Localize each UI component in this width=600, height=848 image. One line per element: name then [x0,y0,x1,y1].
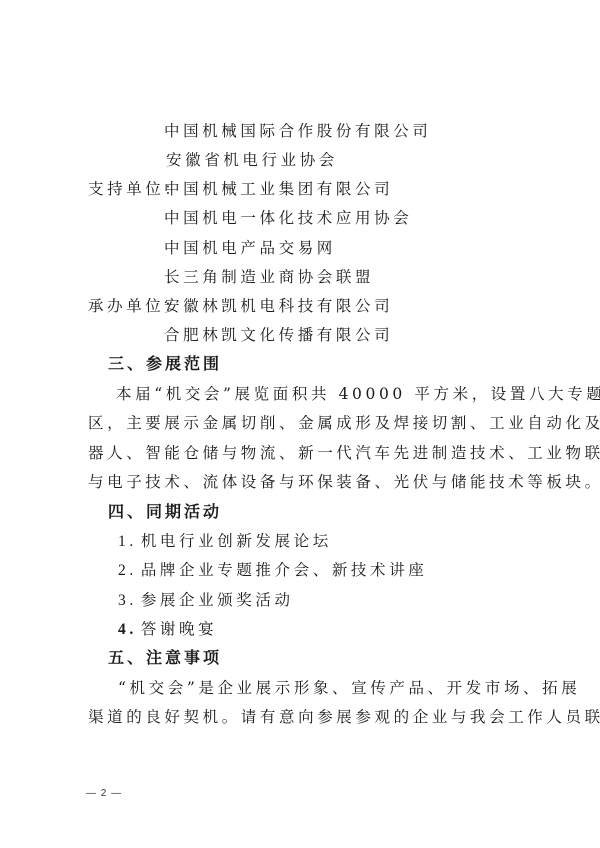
supporting-org: 中国机械工业集团有限公司 [164,179,393,199]
paragraph-line: 本届“机交会”展览面积共 40000 平方米，设置八大专题展 [116,384,600,404]
item-text: 品牌企业专题推介会、新技术讲座 [141,561,428,579]
paragraph-line: “机交会”是企业展示形象、宣传产品、开发市场、拓展 [118,678,580,698]
item-text: 参展企业颁奖活动 [141,591,294,609]
item-number: 4. [118,621,137,638]
host-org: 合肥林凯文化传播有限公司 [164,325,393,345]
document-page: 中国机械国际合作股份有限公司 安徽省机电行业协会 支持单位： 中国机械工业集团有… [0,0,600,848]
supporting-org: 长三角制造业商协会联盟 [164,267,374,287]
item-text: 答谢晚宴 [141,620,217,638]
section-heading-notes: 五、注意事项 [108,648,222,668]
paragraph-line: 区，主要展示金属切削、金属成形及焊接切割、工业自动化及机 [88,413,600,433]
organizer-org: 安徽省机电行业协会 [166,150,338,170]
paragraph-line: 器人、智能仓储与物流、新一代汽车先进制造技术、工业物联网 [88,443,600,463]
paragraph-line: 渠道的良好契机。请有意向参展参观的企业与我会工作人员联 [88,707,600,727]
item-number: 2. [118,562,137,579]
item-number: 1. [118,533,137,550]
item-number: 3. [118,592,137,609]
activity-item: 4.答谢晚宴 [118,619,217,640]
paragraph-line: 与电子技术、流体设备与环保装备、光伏与储能技术等板块。 [88,472,600,492]
activity-item: 1.机电行业创新发展论坛 [118,531,332,552]
organizer-org: 中国机械国际合作股份有限公司 [164,121,431,141]
supporting-org: 中国机电一体化技术应用协会 [164,208,412,228]
section-heading-scope: 三、参展范围 [108,354,222,374]
activity-item: 2.品牌企业专题推介会、新技术讲座 [118,560,427,581]
host-org: 安徽林凯机电科技有限公司 [164,296,393,316]
page-number: — 2 — [86,788,122,799]
item-text: 机电行业创新发展论坛 [141,532,332,550]
supporting-org: 中国机电产品交易网 [164,238,336,258]
activity-item: 3.参展企业颁奖活动 [118,590,294,611]
section-heading-activities: 四、同期活动 [108,502,222,522]
